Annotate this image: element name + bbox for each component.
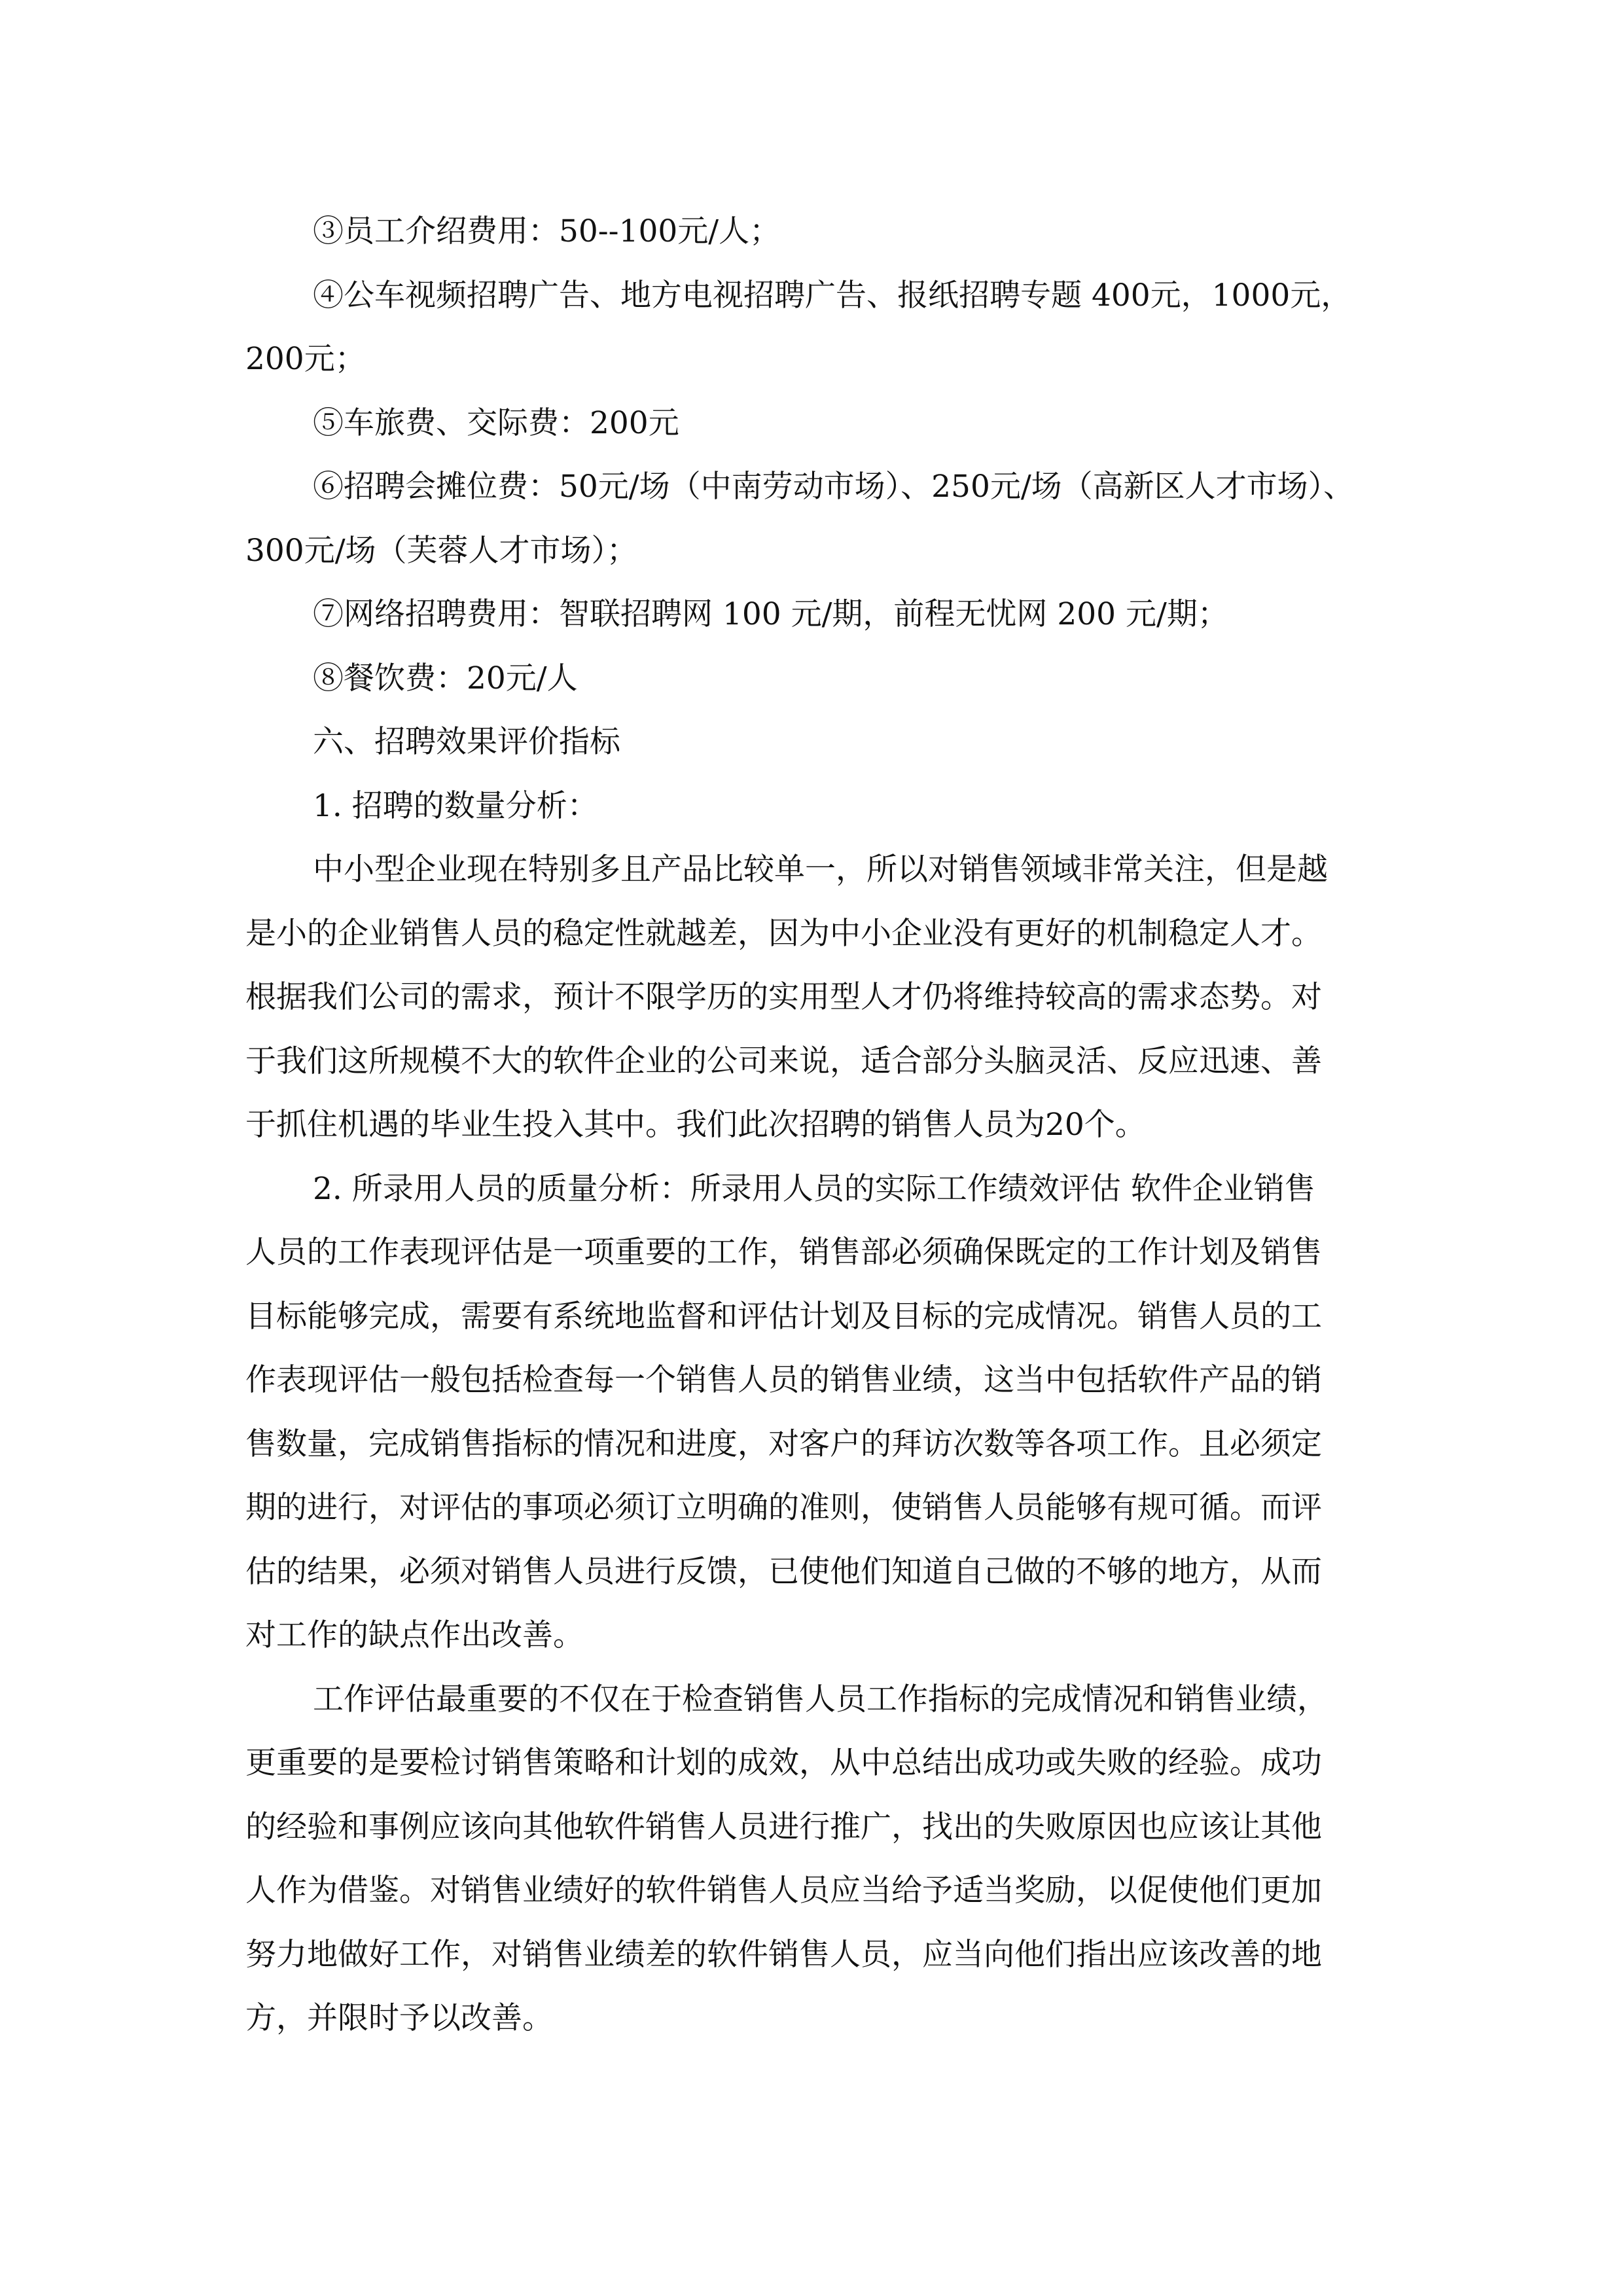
subsection-1-line: 于我们这所规模不大的软件企业的公司来说，适合部分头脑灵活、反应迅速、善 [245,1030,1410,1094]
document-page: ③员工介绍费用：50--100元/人； ④公车视频招聘广告、地方电视招聘广告、报… [245,200,1410,2051]
cost-item-4-line-1: ④公车视频招聘广告、地方电视招聘广告、报纸招聘专题 400元，1000元， [245,264,1410,328]
cost-item-6-line-1: ⑥招聘会摊位费：50元/场（中南劳动市场）、250元/场（高新区人才市场）、 [245,455,1410,519]
cost-item-7: ⑦网络招聘费用：智联招聘网 100 元/期，前程无忧网 200 元/期； [245,583,1410,647]
cost-item-4-line-2: 200元； [245,327,1410,391]
paragraph-3-line: 工作评估最重要的不仅在于检查销售人员工作指标的完成情况和销售业绩， [245,1668,1410,1732]
cost-item-5: ⑤车旅费、交际费：200元 [245,391,1410,456]
subsection-2-line: 2. 所录用人员的质量分析：所录用人员的实际工作绩效评估 软件企业销售 [245,1157,1410,1221]
paragraph-3-line: 努力地做好工作，对销售业绩差的软件销售人员，应当向他们指出应该改善的地 [245,1923,1410,1987]
subsection-2-line: 期的进行，对评估的事项必须订立明确的准则，使销售人员能够有规可循。而评 [245,1476,1410,1540]
subsection-1-heading: 1. 招聘的数量分析： [245,774,1410,838]
paragraph-3-line: 更重要的是要检讨销售策略和计划的成效，从中总结出成功或失败的经验。成功 [245,1731,1410,1795]
paragraph-3-line: 的经验和事例应该向其他软件销售人员进行推广，找出的失败原因也应该让其他 [245,1795,1410,1859]
paragraph-3-line: 人作为借鉴。对销售业绩好的软件销售人员应当给予适当奖励，以促使他们更加 [245,1859,1410,1923]
subsection-1-line: 于抓住机遇的毕业生投入其中。我们此次招聘的销售人员为20个。 [245,1093,1410,1157]
subsection-2-line: 估的结果，必须对销售人员进行反馈，已使他们知道自己做的不够的地方，从而 [245,1540,1410,1604]
subsection-2-line: 售数量，完成销售指标的情况和进度，对客户的拜访次数等各项工作。且必须定 [245,1412,1410,1477]
subsection-1-line: 中小型企业现在特别多且产品比较单一，所以对销售领域非常关注，但是越 [245,838,1410,902]
section-heading: 六、招聘效果评价指标 [245,710,1410,774]
paragraph-3-line: 方，并限时予以改善。 [245,1986,1410,2051]
subsection-2-line: 作表现评估一般包括检查每一个销售人员的销售业绩，这当中包括软件产品的销 [245,1348,1410,1412]
subsection-2-line: 人员的工作表现评估是一项重要的工作，销售部必须确保既定的工作计划及销售 [245,1221,1410,1285]
subsection-2-line: 目标能够完成，需要有系统地监督和评估计划及目标的完成情况。销售人员的工 [245,1285,1410,1349]
cost-item-8: ⑧餐饮费：20元/人 [245,647,1410,711]
cost-item-3: ③员工介绍费用：50--100元/人； [245,200,1410,264]
cost-item-6-line-2: 300元/场（芙蓉人才市场）； [245,519,1410,583]
subsection-1-line: 是小的企业销售人员的稳定性就越差，因为中小企业没有更好的机制稳定人才。 [245,902,1410,966]
subsection-2-line: 对工作的缺点作出改善。 [245,1604,1410,1668]
subsection-1-line: 根据我们公司的需求，预计不限学历的实用型人才仍将维持较高的需求态势。对 [245,965,1410,1030]
